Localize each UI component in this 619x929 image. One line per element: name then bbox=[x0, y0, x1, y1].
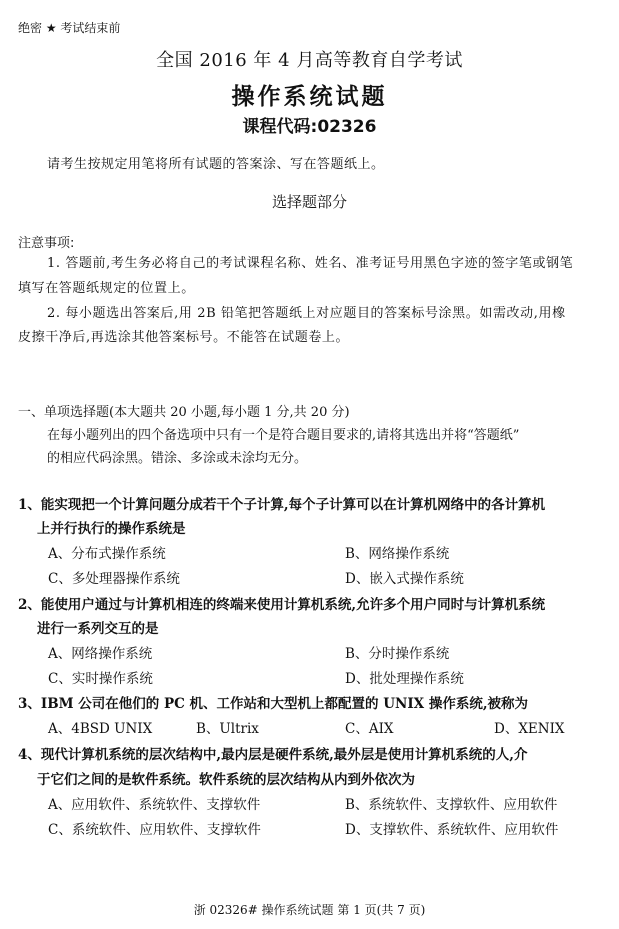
option-a: A、应用软件、系统软件、支撑软件 bbox=[48, 793, 260, 813]
notes-heading: 注意事项: bbox=[18, 232, 74, 251]
option-a: A、4BSD UNIX bbox=[48, 717, 152, 737]
question-text: 于它们之间的是软件系统。软件系统的层次结构从内到外依次为 bbox=[37, 768, 415, 788]
option-a: A、网络操作系统 bbox=[48, 642, 152, 662]
option-d: D、支撑软件、系统软件、应用软件 bbox=[345, 818, 558, 838]
secret-mark: 绝密 ★ 考试结束前 bbox=[18, 19, 120, 36]
exam-title: 操作系统试题 bbox=[0, 78, 619, 111]
option-b: B、网络操作系统 bbox=[345, 542, 449, 562]
option-b: B、Ultrix bbox=[196, 717, 259, 737]
option-b: B、系统软件、支撑软件、应用软件 bbox=[345, 793, 557, 813]
option-c: C、实时操作系统 bbox=[48, 667, 153, 687]
exam-line: 全国 2016 年 4 月高等教育自学考试 bbox=[0, 46, 619, 72]
note-line: 填写在答题纸规定的位置上。 bbox=[18, 277, 195, 296]
course-code: 课程代码:02326 bbox=[0, 112, 619, 137]
instruction: 请考生按规定用笔将所有试题的答案涂、写在答题纸上。 bbox=[47, 153, 385, 172]
option-c: C、多处理器操作系统 bbox=[48, 567, 180, 587]
part1-description: 在每小题列出的四个备选项中只有一个是符合题目要求的,请将其选出并将“答题纸” bbox=[47, 424, 519, 443]
option-d: D、XENIX bbox=[494, 717, 565, 737]
question-text: 3、IBM 公司在他们的 PC 机、工作站和大型机上都配置的 UNIX 操作系统… bbox=[18, 692, 528, 712]
option-c: C、AIX bbox=[345, 717, 394, 737]
option-b: B、分时操作系统 bbox=[345, 642, 449, 662]
question-text: 4、现代计算机系统的层次结构中,最内层是硬件系统,最外层是使用计算机系统的人,介 bbox=[18, 743, 528, 763]
section-title: 选择题部分 bbox=[0, 191, 619, 212]
option-d: D、嵌入式操作系统 bbox=[345, 567, 464, 587]
option-a: A、分布式操作系统 bbox=[48, 542, 166, 562]
part1-description: 的相应代码涂黑。错涂、多涂或未涂均无分。 bbox=[47, 447, 307, 466]
question-text: 进行一系列交互的是 bbox=[37, 617, 159, 637]
part1-heading: 一、单项选择题(本大题共 20 小题,每小题 1 分,共 20 分) bbox=[18, 401, 350, 420]
note-line: 2. 每小题选出答案后,用 2B 铅笔把答题纸上对应题目的答案标号涂黑。如需改动… bbox=[47, 302, 566, 321]
question-text: 2、能使用户通过与计算机相连的终端来使用计算机系统,允许多个用户同时与计算机系统 bbox=[18, 593, 545, 613]
option-c: C、系统软件、应用软件、支撑软件 bbox=[48, 818, 261, 838]
question-text: 1、能实现把一个计算问题分成若干个子计算,每个子计算可以在计算机网络中的各计算机 bbox=[18, 493, 545, 513]
note-line: 1. 答题前,考生务必将自己的考试课程名称、姓名、准考证号用黑色字迹的签字笔或钢… bbox=[47, 252, 573, 271]
question-text: 上并行执行的操作系统是 bbox=[37, 517, 186, 537]
page-footer: 浙 02326# 操作系统试题 第 1 页(共 7 页) bbox=[0, 901, 619, 918]
note-line: 皮擦干净后,再选涂其他答案标号。不能答在试题卷上。 bbox=[18, 326, 349, 345]
option-d: D、批处理操作系统 bbox=[345, 667, 464, 687]
